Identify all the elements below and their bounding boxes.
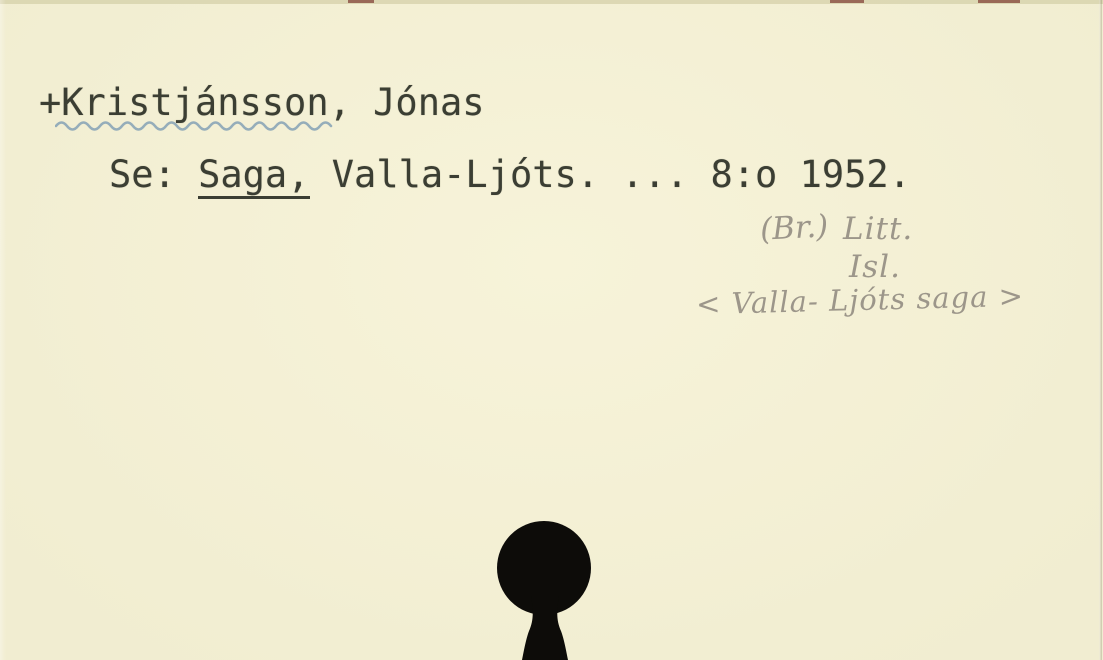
heading-line: +Kristjánsson, Jónas [39,84,485,121]
card-top-edge [0,0,1103,4]
punch-hole [489,518,601,660]
wavy-underline [55,117,347,133]
heading-forename: , Jónas [329,81,485,124]
annotation-source: (Br.) [759,208,829,248]
reference-title: Saga, [198,153,309,199]
annotation-title-note: < Valla- Ljóts saga > [696,279,1025,322]
reference-line: Se: Saga, Valla-Ljóts. ... 8:o 1952. [109,156,911,193]
card-right-edge [1099,0,1102,660]
reference-detail: Valla-Ljóts. ... 8:o 1952. [310,153,911,196]
edge-speck [348,0,374,3]
card-left-edge [0,0,6,660]
edge-speck [978,0,1020,3]
annotation-subject-litt: Litt. [843,211,913,247]
reference-prefix: Se: [109,153,198,196]
annotation-subject-isl: Isl. [849,249,901,285]
edge-speck [830,0,864,3]
catalog-card: +Kristjánsson, Jónas Se: Saga, Valla-Ljó… [0,0,1103,660]
